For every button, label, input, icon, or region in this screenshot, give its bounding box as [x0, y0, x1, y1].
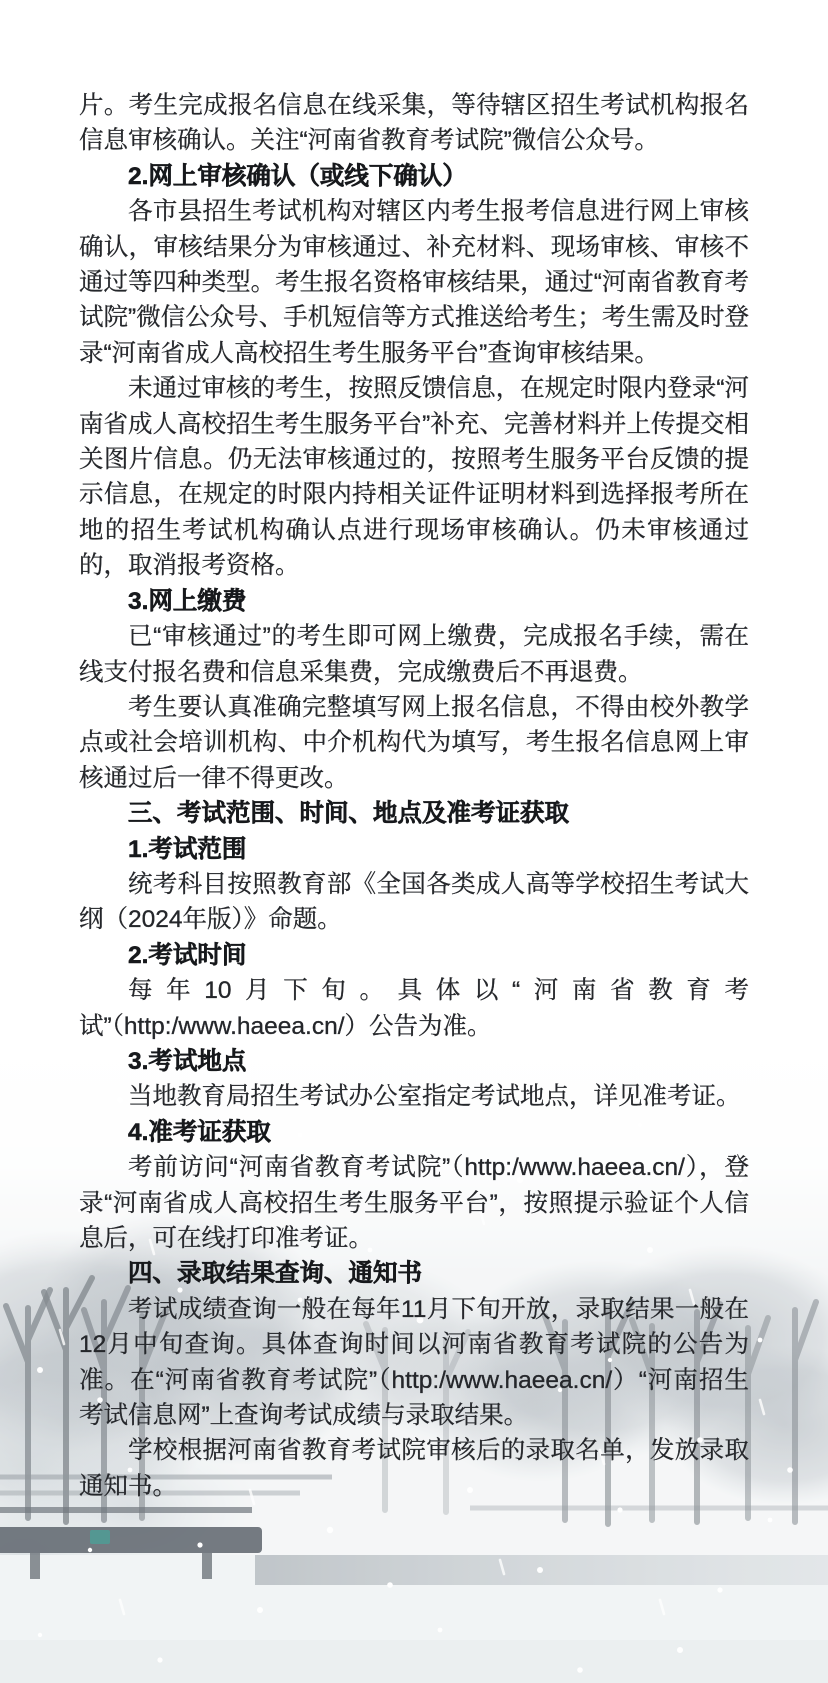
paragraph: 每年10月下旬。具体以“河南省教育考试”（http:/www.haeea.cn/… — [79, 973, 749, 1044]
paragraph: 考前访问“河南省教育考试院”（http:/www.haeea.cn/），登录“河… — [79, 1150, 749, 1256]
paragraph: 考生要认真准确完整填写网上报名信息，不得由校外教学点或社会培训机构、中介机构代为… — [79, 690, 749, 796]
paragraph: 未通过审核的考生，按照反馈信息，在规定时限内登录“河南省成人高校招生考生服务平台… — [79, 371, 749, 583]
section-heading: 3.考试地点 — [79, 1044, 749, 1079]
section-heading: 四、录取结果查询、通知书 — [79, 1256, 749, 1291]
notice-page: 片。考生完成报名信息在线采集，等待辖区招生考试机构报名信息审核确认。关注“河南省… — [0, 0, 828, 1683]
paragraph: 已“审核通过”的考生即可网上缴费，完成报名手续，需在线支付报名费和信息采集费，完… — [79, 619, 749, 690]
paragraph: 各市县招生考试机构对辖区内考生报考信息进行网上审核确认，审核结果分为审核通过、补… — [79, 194, 749, 371]
paragraph: 当地教育局招生考试办公室指定考试地点，详见准考证。 — [79, 1079, 749, 1114]
section-heading: 2.网上审核确认（或线下确认） — [79, 159, 749, 194]
section-heading: 3.网上缴费 — [79, 584, 749, 619]
section-heading: 4.准考证获取 — [79, 1115, 749, 1150]
section-heading: 1.考试范围 — [79, 832, 749, 867]
paragraph: 统考科目按照教育部《全国各类成人高等学校招生考试大纲（2024年版）》命题。 — [79, 867, 749, 938]
document-text: 片。考生完成报名信息在线采集，等待辖区招生考试机构报名信息审核确认。关注“河南省… — [79, 88, 749, 1504]
section-heading: 2.考试时间 — [79, 938, 749, 973]
paragraph: 学校根据河南省教育考试院审核后的录取名单，发放录取通知书。 — [79, 1433, 749, 1504]
section-heading: 三、考试范围、时间、地点及准考证获取 — [79, 796, 749, 831]
paragraph: 片。考生完成报名信息在线采集，等待辖区招生考试机构报名信息审核确认。关注“河南省… — [79, 88, 749, 159]
paragraph: 考试成绩查询一般在每年11月下旬开放，录取结果一般在12月中旬查询。具体查询时间… — [79, 1292, 749, 1434]
